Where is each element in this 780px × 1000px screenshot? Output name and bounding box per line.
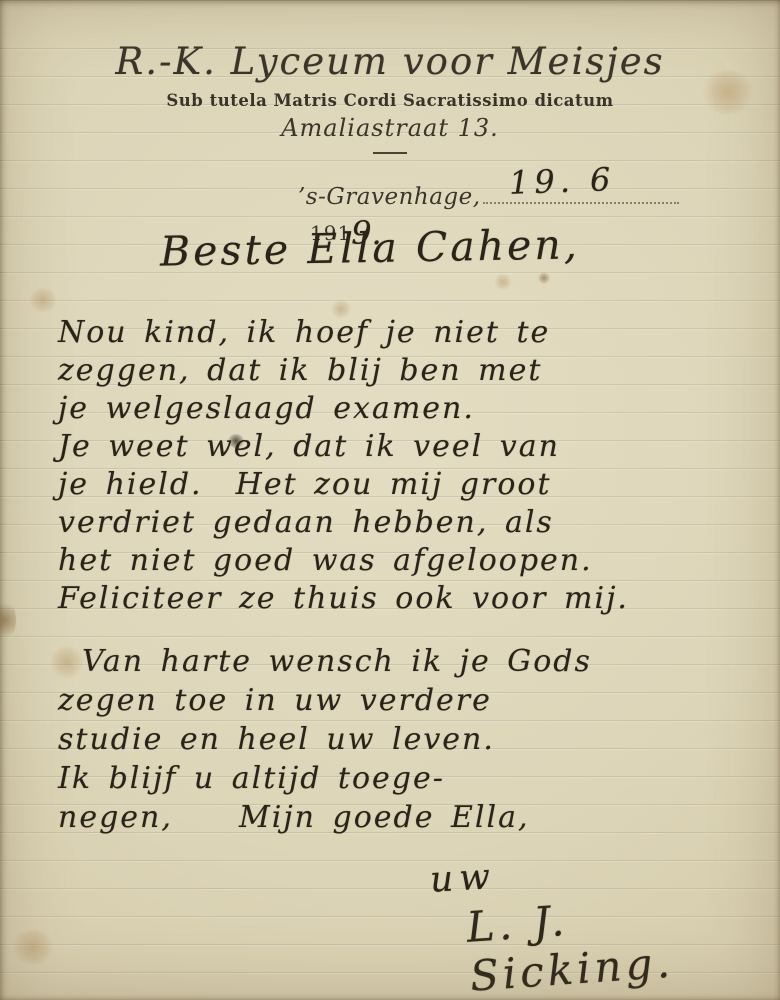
body-line: Feliciteer ze thuis ook voor mij. — [58, 580, 764, 618]
body-paragraph-1: Nou kind, ik hoef je niet te zeggen, dat… — [58, 314, 764, 618]
body-paragraph-2: Van harte wensch ik je Gods zegen toe in… — [58, 642, 764, 837]
letterhead-divider — [373, 152, 407, 154]
dateline: ’s-Gravenhage,19. 61919. — [298, 176, 748, 220]
salutation: Beste Ella Cahen, — [160, 220, 581, 275]
body-line: zegen toe in uw verdere — [58, 681, 764, 720]
foxing-stain — [28, 288, 58, 312]
letterhead-address: Amaliastraat 13. — [0, 114, 780, 142]
closing: uw — [429, 856, 497, 900]
body-line: studie en heel uw leven. — [58, 720, 764, 759]
letterhead-school-name: R.-K. Lyceum voor Meisjes — [0, 40, 780, 83]
body-line: Van harte wensch ik je Gods — [58, 642, 764, 681]
body-line: je welgeslaagd examen. — [58, 390, 764, 428]
signature: L. J. Sicking. — [465, 881, 780, 1000]
foxing-stain — [10, 930, 56, 964]
body-line: zeggen, dat ik blij ben met — [58, 352, 764, 390]
letterhead: R.-K. Lyceum voor Meisjes Sub tutela Mat… — [0, 40, 780, 154]
place-printed: ’s-Gravenhage, — [298, 184, 481, 210]
body-line: je hield. Het zou mij groot — [58, 466, 764, 504]
edge-stain — [0, 600, 16, 640]
body-line: het niet goed was afgeloopen. — [58, 542, 764, 580]
body-line: Nou kind, ik hoef je niet te — [58, 314, 764, 352]
body-line: Je weet wel, dat ik veel van — [58, 428, 764, 466]
body-line: Ik blijf u altijd toege- — [58, 759, 764, 798]
foxing-stain — [494, 274, 512, 290]
letterhead-motto: Sub tutela Matris Cordi Sacratissimo dic… — [0, 91, 780, 110]
date-fill-in-blank: 19. 6 — [483, 176, 679, 204]
body-line: negen, Mijn goede Ella, — [58, 798, 764, 837]
body-line: verdriet gedaan hebben, als — [58, 504, 764, 542]
foxing-stain — [538, 272, 550, 284]
letter-page: R.-K. Lyceum voor Meisjes Sub tutela Mat… — [0, 0, 780, 1000]
date-day-month-handwritten: 19. 6 — [508, 160, 616, 202]
